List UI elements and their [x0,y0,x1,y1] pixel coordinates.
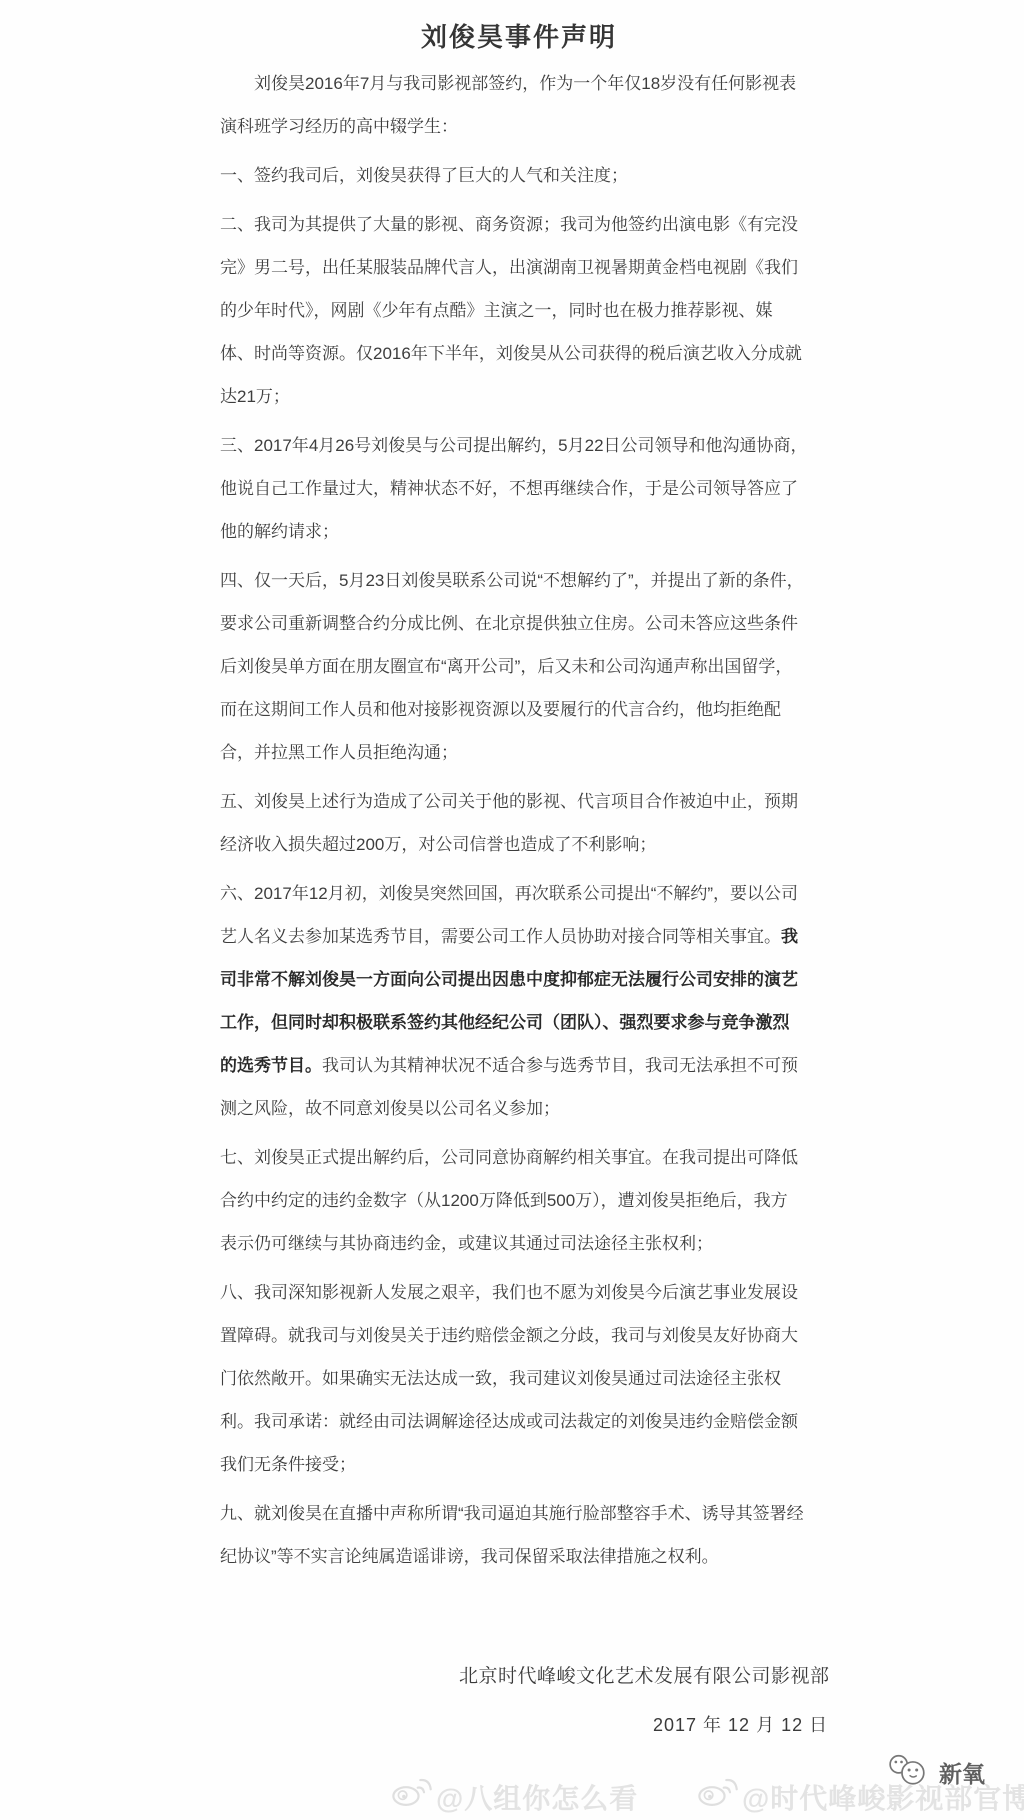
body-line: 合约中约定的违约金数字（从1200万降低到500万），遭刘俊昊拒绝后，我方 [220,1179,818,1222]
soyoung-logo: 新氧 [886,1752,985,1795]
body-line: 测之风险，故不同意刘俊昊以公司名义参加； [220,1087,818,1130]
body-line: 纪协议”等不实言论纯属造谣诽谤，我司保留采取法律措施之权利。 [220,1535,818,1578]
body-line: 门依然敞开。如果确实无法达成一致，我司建议刘俊昊通过司法途径主张权 [220,1357,818,1400]
body-line: 达21万； [220,375,818,418]
soyoung-bubbles-icon [886,1752,936,1795]
body-line: 置障碍。就我司与刘俊昊关于违约赔偿金额之分歧，我司与刘俊昊友好协商大 [220,1314,818,1357]
statement-document: 刘俊昊事件声明 刘俊昊2016年7月与我司影视部签约，作为一个年仅18岁没有任何… [220,20,818,1584]
body-line: 的少年时代》，网剧《少年有点酷》主演之一，同时也在极力推荐影视、媒 [220,289,818,332]
paragraph: 一、签约我司后，刘俊昊获得了巨大的人气和关注度； [220,154,818,197]
body-line: 刘俊昊2016年7月与我司影视部签约，作为一个年仅18岁没有任何影视表 [220,62,818,105]
body-line: 要求公司重新调整合约分成比例、在北京提供独立住房。公司未答应这些条件 [220,602,818,645]
body-line: 五、刘俊昊上述行为造成了公司关于他的影视、代言项目合作被迫中止，预期 [220,780,818,823]
paragraph: 二、我司为其提供了大量的影视、商务资源；我司为他签约出演电影《有完没完》男二号，… [220,203,818,418]
body-line: 六、2017年12月初，刘俊昊突然回国，再次联系公司提出“不解约”，要以公司 [220,872,818,915]
body-line: 经济收入损失超过200万，对公司信誉也造成了不利影响； [220,823,818,866]
paragraph: 四、仅一天后，5月23日刘俊昊联系公司说“不想解约了”，并提出了新的条件，要求公… [220,559,818,774]
body-line: 合，并拉黑工作人员拒绝沟通； [220,731,818,774]
body-line: 工作，但同时却积极联系签约其他经纪公司（团队）、强烈要求参与竞争激烈 [220,1001,818,1044]
body-line: 二、我司为其提供了大量的影视、商务资源；我司为他签约出演电影《有完没 [220,203,818,246]
watermark-text: @八组你怎么看 [436,1782,638,1816]
body-line: 的选秀节目。我司认为其精神状况不适合参与选秀节目，我司无法承担不可预 [220,1044,818,1087]
body-line: 艺人名义去参加某选秀节目，需要公司工作人员协助对接合同等相关事宜。我 [220,915,818,958]
paragraph: 六、2017年12月初，刘俊昊突然回国，再次联系公司提出“不解约”，要以公司艺人… [220,872,818,1130]
soyoung-logo-text: 新氧 [939,1759,985,1789]
body-line: 三、2017年4月26号刘俊昊与公司提出解约，5月22日公司领导和他沟通协商， [220,424,818,467]
body-line: 演科班学习经历的高中辍学生： [220,105,818,148]
paragraph: 七、刘俊昊正式提出解约后，公司同意协商解约相关事宜。在我司提出可降低合约中约定的… [220,1136,818,1265]
weibo-icon [390,1774,432,1816]
body-line: 他的解约请求； [220,510,818,553]
body-line: 表示仍可继续与其协商违约金，或建议其通过司法途径主张权利； [220,1222,818,1265]
body-line: 司非常不解刘俊昊一方面向公司提出因患中度抑郁症无法履行公司安排的演艺 [220,958,818,1001]
body-line: 八、我司深知影视新人发展之艰辛，我们也不愿为刘俊昊今后演艺事业发展设 [220,1271,818,1314]
signature-line: 北京时代峰峻文化艺术发展有限公司影视部 [459,1665,830,1689]
body-line: 体、时尚等资源。仅2016年下半年，刘俊昊从公司获得的税后演艺收入分成就 [220,332,818,375]
body-line: 利。我司承诺：就经由司法调解途径达成或司法裁定的刘俊昊违约金赔偿金额 [220,1400,818,1443]
body-line: 后刘俊昊单方面在朋友圈宣布“离开公司”，后又未和公司沟通声称出国留学， [220,645,818,688]
paragraph: 五、刘俊昊上述行为造成了公司关于他的影视、代言项目合作被迫中止，预期经济收入损失… [220,780,818,866]
body-line: 四、仅一天后，5月23日刘俊昊联系公司说“不想解约了”，并提出了新的条件， [220,559,818,602]
body-line: 我们无条件接受； [220,1443,818,1486]
body-line: 而在这期间工作人员和他对接影视资源以及要履行的代言合约，他均拒绝配 [220,688,818,731]
paragraph: 三、2017年4月26号刘俊昊与公司提出解约，5月22日公司领导和他沟通协商，他… [220,424,818,553]
statement-body: 刘俊昊2016年7月与我司影视部签约，作为一个年仅18岁没有任何影视表演科班学习… [220,62,818,1578]
document-title: 刘俊昊事件声明 [220,20,818,54]
body-line: 一、签约我司后，刘俊昊获得了巨大的人气和关注度； [220,154,818,197]
body-line: 完》男二号，出任某服装品牌代言人，出演湖南卫视暑期黄金档电视剧《我们 [220,246,818,289]
date-line: 2017 年 12 月 12 日 [653,1714,828,1736]
paragraph: 九、就刘俊昊在直播中声称所谓“我司逼迫其施行脸部整容手术、诱导其签署经纪协议”等… [220,1492,818,1578]
body-line: 九、就刘俊昊在直播中声称所谓“我司逼迫其施行脸部整容手术、诱导其签署经 [220,1492,818,1535]
watermark-left: @八组你怎么看 [390,1774,638,1816]
statement-page: 刘俊昊事件声明 刘俊昊2016年7月与我司影视部签约，作为一个年仅18岁没有任何… [0,0,1024,1820]
body-line: 他说自己工作量过大，精神状态不好，不想再继续合作，于是公司领导答应了 [220,467,818,510]
paragraph: 刘俊昊2016年7月与我司影视部签约，作为一个年仅18岁没有任何影视表演科班学习… [220,62,818,148]
body-line: 七、刘俊昊正式提出解约后，公司同意协商解约相关事宜。在我司提出可降低 [220,1136,818,1179]
paragraph: 八、我司深知影视新人发展之艰辛，我们也不愿为刘俊昊今后演艺事业发展设置障碍。就我… [220,1271,818,1486]
weibo-icon [696,1774,738,1816]
